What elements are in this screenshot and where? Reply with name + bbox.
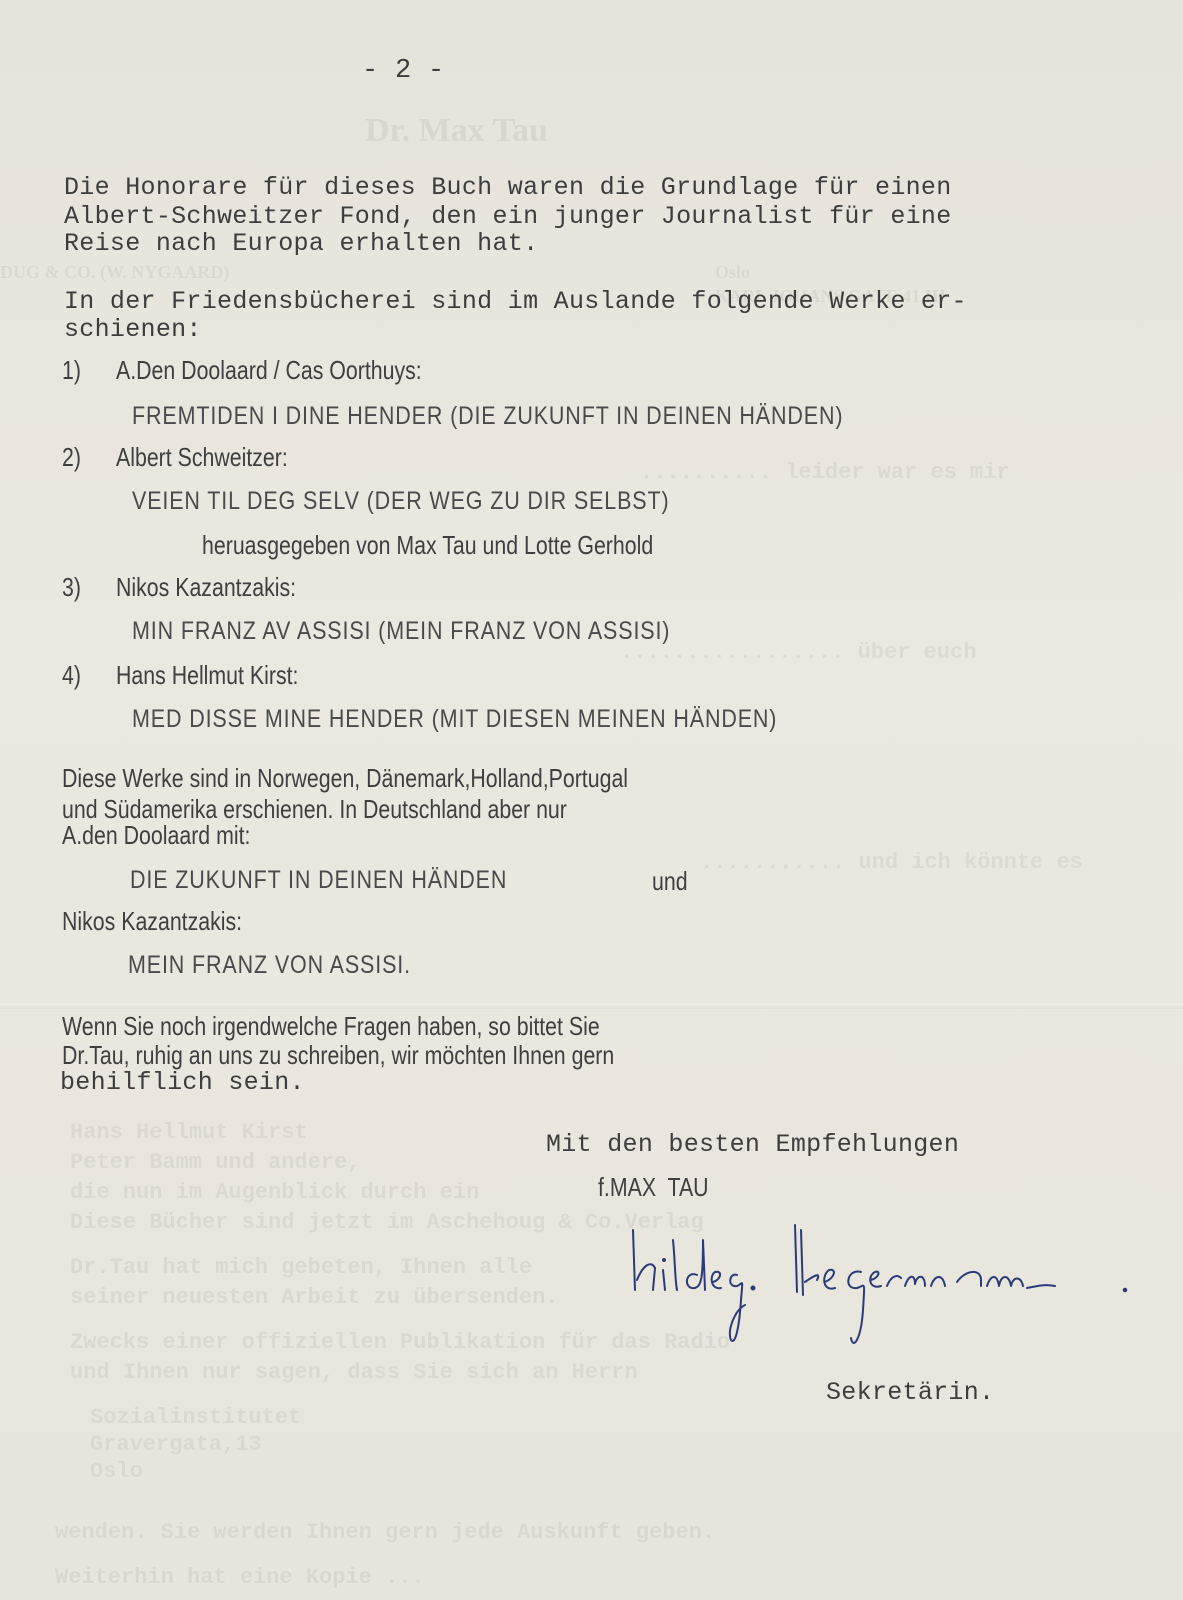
work-author: A.Den Doolaard / Cas Oorthuys: bbox=[116, 355, 422, 386]
work-author: Hans Hellmut Kirst: bbox=[116, 660, 298, 691]
show-through-text: Hans Hellmut Kirst bbox=[70, 1120, 308, 1145]
paragraph-line: behilflich sein. bbox=[60, 1068, 305, 1097]
paragraph-line: In der Friedensbücherei sind im Auslande… bbox=[64, 287, 967, 316]
show-through-text: seiner neuesten Arbeit zu übersenden. bbox=[70, 1285, 558, 1310]
show-through-text: Diese Bücher sind jetzt im Aschehoug & C… bbox=[70, 1210, 704, 1235]
show-through-text: Weiterhin hat eine Kopie ... bbox=[55, 1565, 425, 1590]
show-through-text: ........... und ich könnte es bbox=[700, 850, 1083, 875]
show-through-text: Oslo bbox=[715, 262, 750, 283]
conjunction: und bbox=[652, 866, 688, 897]
work-author: Albert Schweitzer: bbox=[116, 442, 288, 473]
paragraph-line: Reise nach Europa erhalten hat. bbox=[64, 229, 538, 258]
show-through-text: DUG & CO. (W. NYGAARD) bbox=[0, 262, 229, 283]
show-through-text: .......... leider war es mir bbox=[640, 460, 1010, 485]
signatory-role: Sekretärin. bbox=[826, 1378, 994, 1407]
paragraph-line: schienen: bbox=[64, 315, 202, 344]
author-name: Nikos Kazantzakis: bbox=[62, 906, 242, 937]
work-number: 1) bbox=[62, 355, 81, 386]
work-number: 2) bbox=[62, 442, 81, 473]
work-title: MIN FRANZ AV ASSISI (MEIN FRANZ VON ASSI… bbox=[132, 617, 670, 646]
show-through-text: Gravergata,13 bbox=[90, 1432, 262, 1457]
show-through-text: die nun im Augenblick durch ein bbox=[70, 1180, 479, 1205]
work-number: 4) bbox=[62, 660, 81, 691]
german-title: DIE ZUKUNFT IN DEINEN HÄNDEN bbox=[130, 866, 507, 895]
show-through-text: Dr.Tau hat mich gebeten, Ihnen alle bbox=[70, 1255, 532, 1280]
letter-page: Dr. Max Tau Oslo KARL JOHANS GATE 41 III… bbox=[0, 0, 1183, 1600]
work-title: MED DISSE MINE HENDER (MIT DIESEN MEINEN… bbox=[132, 705, 777, 734]
paragraph-line: Dr.Tau, ruhig an uns zu schreiben, wir m… bbox=[62, 1040, 614, 1071]
paragraph-line: Wenn Sie noch irgendwelche Fragen haben,… bbox=[62, 1011, 600, 1042]
work-number: 3) bbox=[62, 572, 81, 603]
paragraph-line: Diese Werke sind in Norwegen, Dänemark,H… bbox=[62, 763, 628, 794]
work-title: VEIEN TIL DEG SELV (DER WEG ZU DIR SELBS… bbox=[132, 487, 669, 516]
on-behalf-of: f.MAX TAU bbox=[598, 1172, 709, 1203]
work-title: FREMTIDEN I DINE HENDER (DIE ZUKUNFT IN … bbox=[132, 402, 843, 431]
salutation: Mit den besten Empfehlungen bbox=[546, 1130, 959, 1159]
paper-fold bbox=[0, 1003, 1183, 1009]
show-through-text: und Ihnen nur sagen, dass Sie sich an He… bbox=[70, 1360, 638, 1385]
show-through-text: Oslo bbox=[90, 1459, 143, 1484]
page-number: - 2 - bbox=[362, 56, 445, 86]
handwritten-signature bbox=[625, 1220, 1145, 1360]
show-through-text: wenden. Sie werden Ihnen gern jede Ausku… bbox=[55, 1520, 715, 1545]
work-editor-note: heruasgegeben von Max Tau und Lotte Gerh… bbox=[202, 530, 653, 561]
show-through-text: Sozialinstitutet bbox=[90, 1405, 301, 1430]
paragraph-line: Albert-Schweitzer Fond, den ein junger J… bbox=[64, 202, 952, 231]
show-through-text: Peter Bamm und andere, bbox=[70, 1150, 360, 1175]
show-through-text: ................. über euch bbox=[620, 640, 976, 665]
show-through-letterhead: Dr. Max Tau bbox=[365, 112, 548, 150]
german-title: MEIN FRANZ VON ASSISI. bbox=[128, 951, 411, 980]
paragraph-line: A.den Doolaard mit: bbox=[62, 820, 250, 851]
work-author: Nikos Kazantzakis: bbox=[116, 572, 296, 603]
paragraph-line: Die Honorare für dieses Buch waren die G… bbox=[64, 173, 952, 202]
